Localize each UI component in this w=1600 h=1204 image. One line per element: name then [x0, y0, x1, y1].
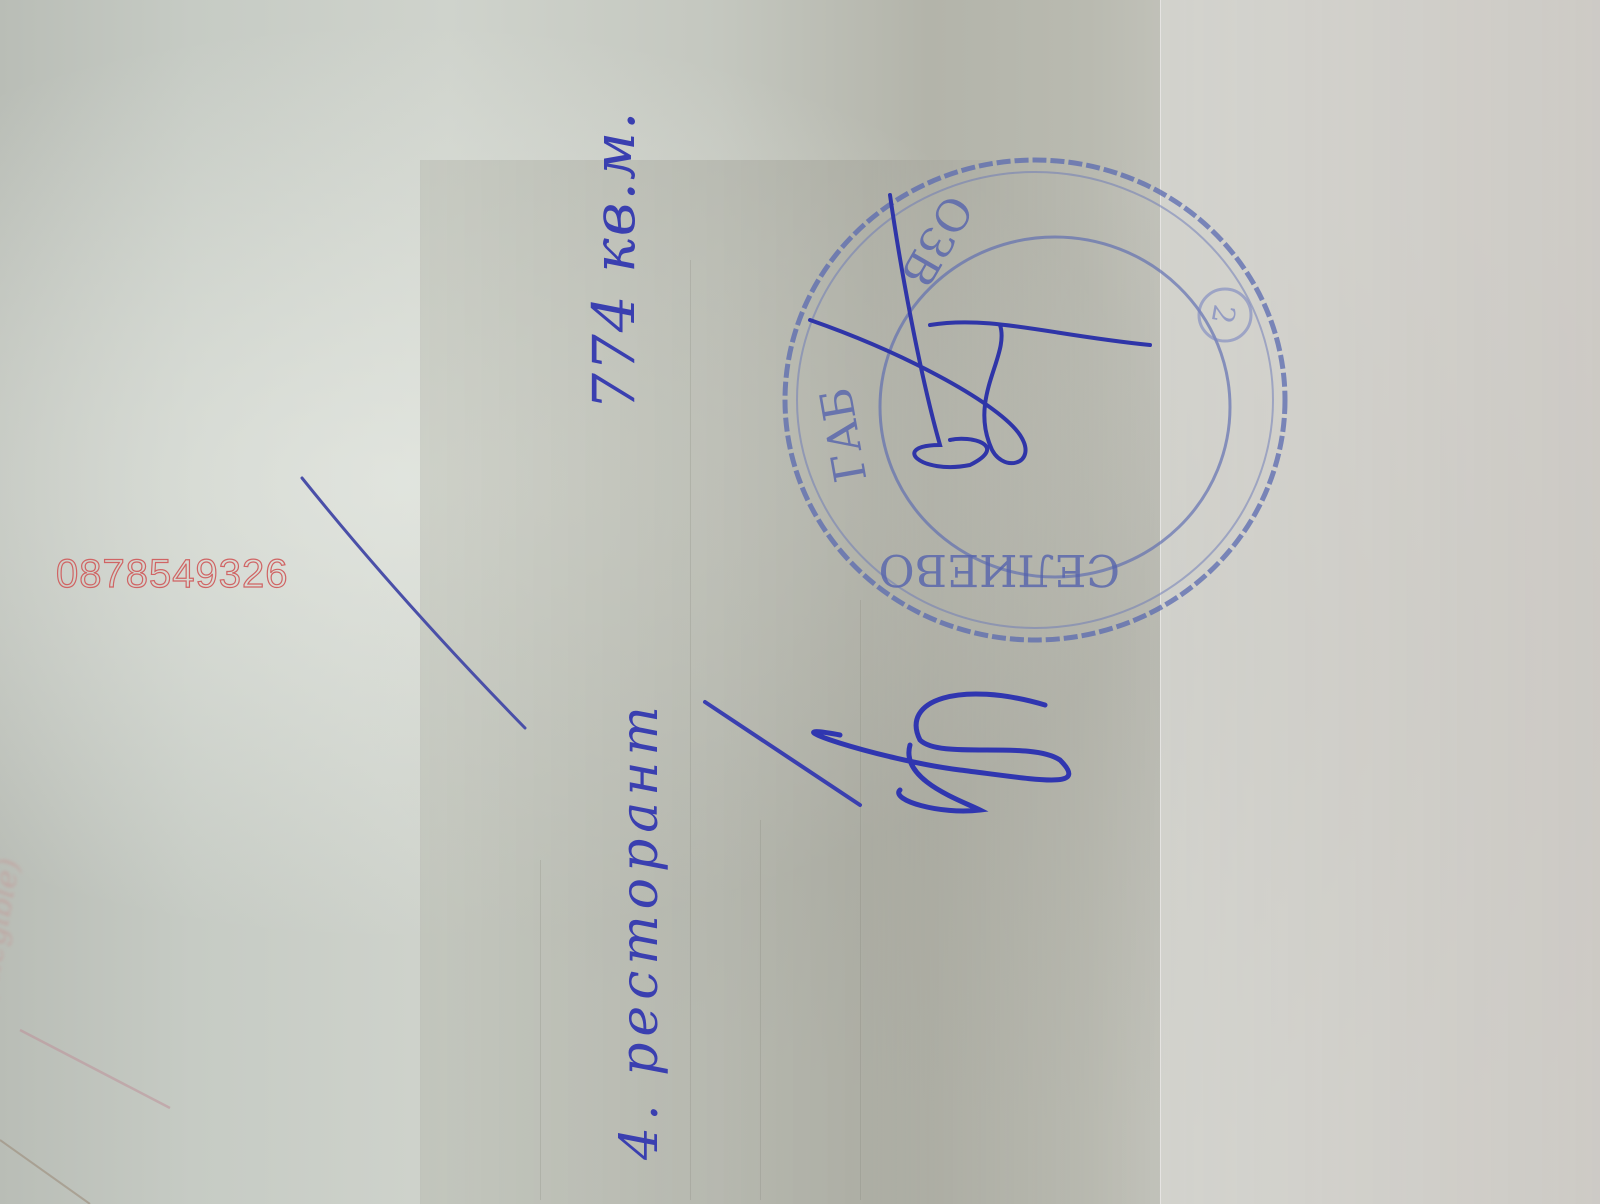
paper-corner-edge: [0, 1140, 90, 1204]
faint-pink-stroke: [20, 1030, 170, 1108]
stamp-fragment-left: ГАБ: [811, 384, 878, 486]
pen-stroke-dash: [705, 702, 860, 805]
stamp-fragment-bottom: СЕЛИЕВО: [879, 544, 1120, 595]
pen-stroke-diagonal: [302, 478, 525, 728]
signature-lower: [814, 694, 1069, 811]
stamp-symbol: 2: [1204, 302, 1242, 327]
round-stamp: ОЗВ ГАБ СЕЛИЕВО 2: [770, 145, 1300, 655]
